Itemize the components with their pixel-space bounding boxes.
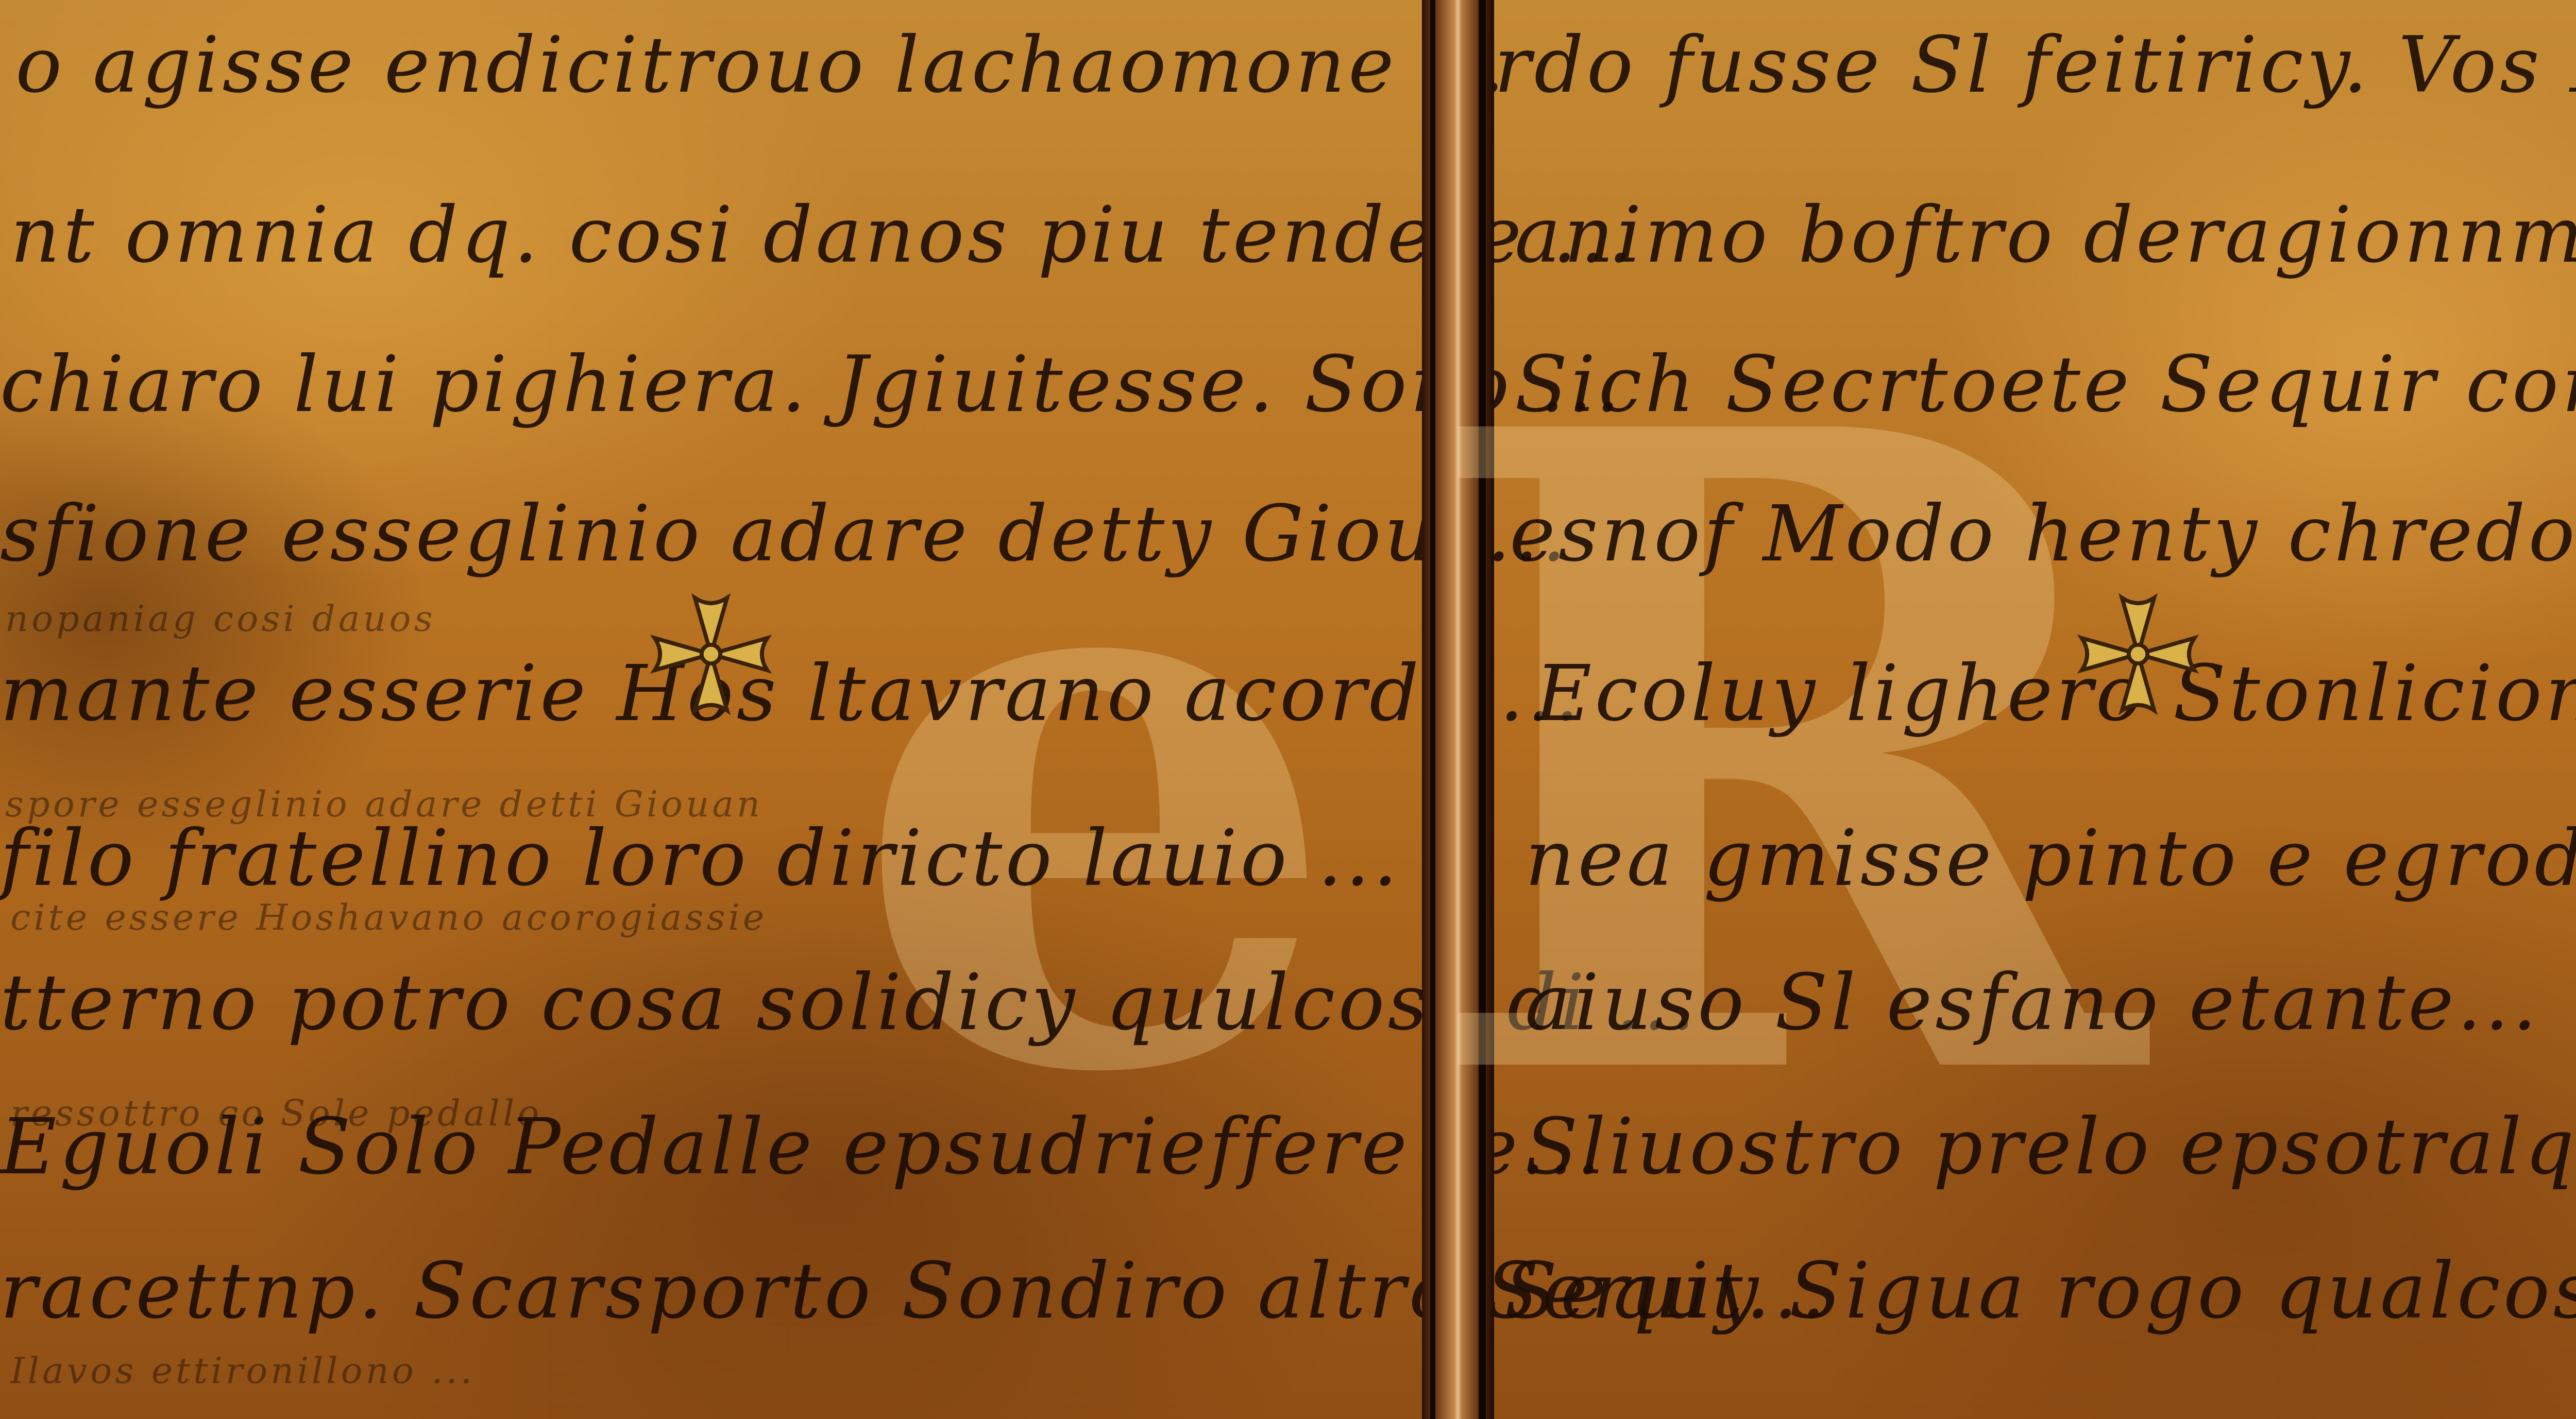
manuscript-line: Ecoluy lighero Stonlicione...: [1535, 649, 2576, 739]
manuscript-line: nt omnia dq. cosi danos piu tendere ...: [10, 191, 1635, 280]
faint-manuscript-line: nopaniag cosi dauos: [5, 597, 436, 640]
right-page: R rdo fusse Sl feitiricy. Vos Mde dj Sl.…: [1494, 0, 2576, 1419]
manuscript-line: esnof Modo henty chredo Seg...: [1510, 489, 2576, 579]
manuscript-line: animo boftro deragionnmentij passag...: [1515, 191, 2576, 280]
manuscript-line: filo fratellino loro diricto lauio ...: [0, 814, 1401, 903]
booklet-spread: e o agisse endicitrouo lachaomone ... nt…: [0, 0, 2576, 1419]
watermark-letter-r: R: [1417, 319, 2145, 1195]
faint-manuscript-line: Ilavos ettironillono ...: [10, 1349, 475, 1392]
manuscript-line: o agisse endicitrouo lachaomone ...: [15, 21, 1507, 110]
gold-cross-icon: [644, 587, 778, 721]
manuscript-line: Sliuostro prelo epsotralquine...: [1525, 1102, 2576, 1192]
manuscript-line: sfione esseglinio adare detty Gioua...: [0, 489, 1569, 579]
faint-manuscript-line: cite essere Hoshavano acorogiassie: [10, 896, 767, 938]
manuscript-line: Eguoli Solo Pedalle epsudrieffere te...: [0, 1102, 1604, 1192]
manuscript-line: chiaro lui pighiera. Jgiuitesse. Sono ..…: [0, 340, 1623, 430]
manuscript-line: nea gmisse pinto e egrod...: [1525, 814, 2576, 903]
gold-cross-icon: [2071, 587, 2205, 721]
manuscript-line: Sich Secrtoete Sequir come laym...: [1515, 340, 2576, 430]
manuscript-line: rdo fusse Sl feitiricy. Vos Mde dj Sl...: [1494, 21, 2576, 110]
manuscript-line: Sequy Sigua rogo qualcossa Segu...: [1504, 1246, 2576, 1336]
manuscript-line: aiuso Sl esfano etante...: [1525, 958, 2540, 1048]
manuscript-line: mante esserie Hos ltavrano acordo ...: [0, 649, 1582, 739]
left-page: e o agisse endicitrouo lachaomone ... nt…: [0, 0, 1422, 1419]
